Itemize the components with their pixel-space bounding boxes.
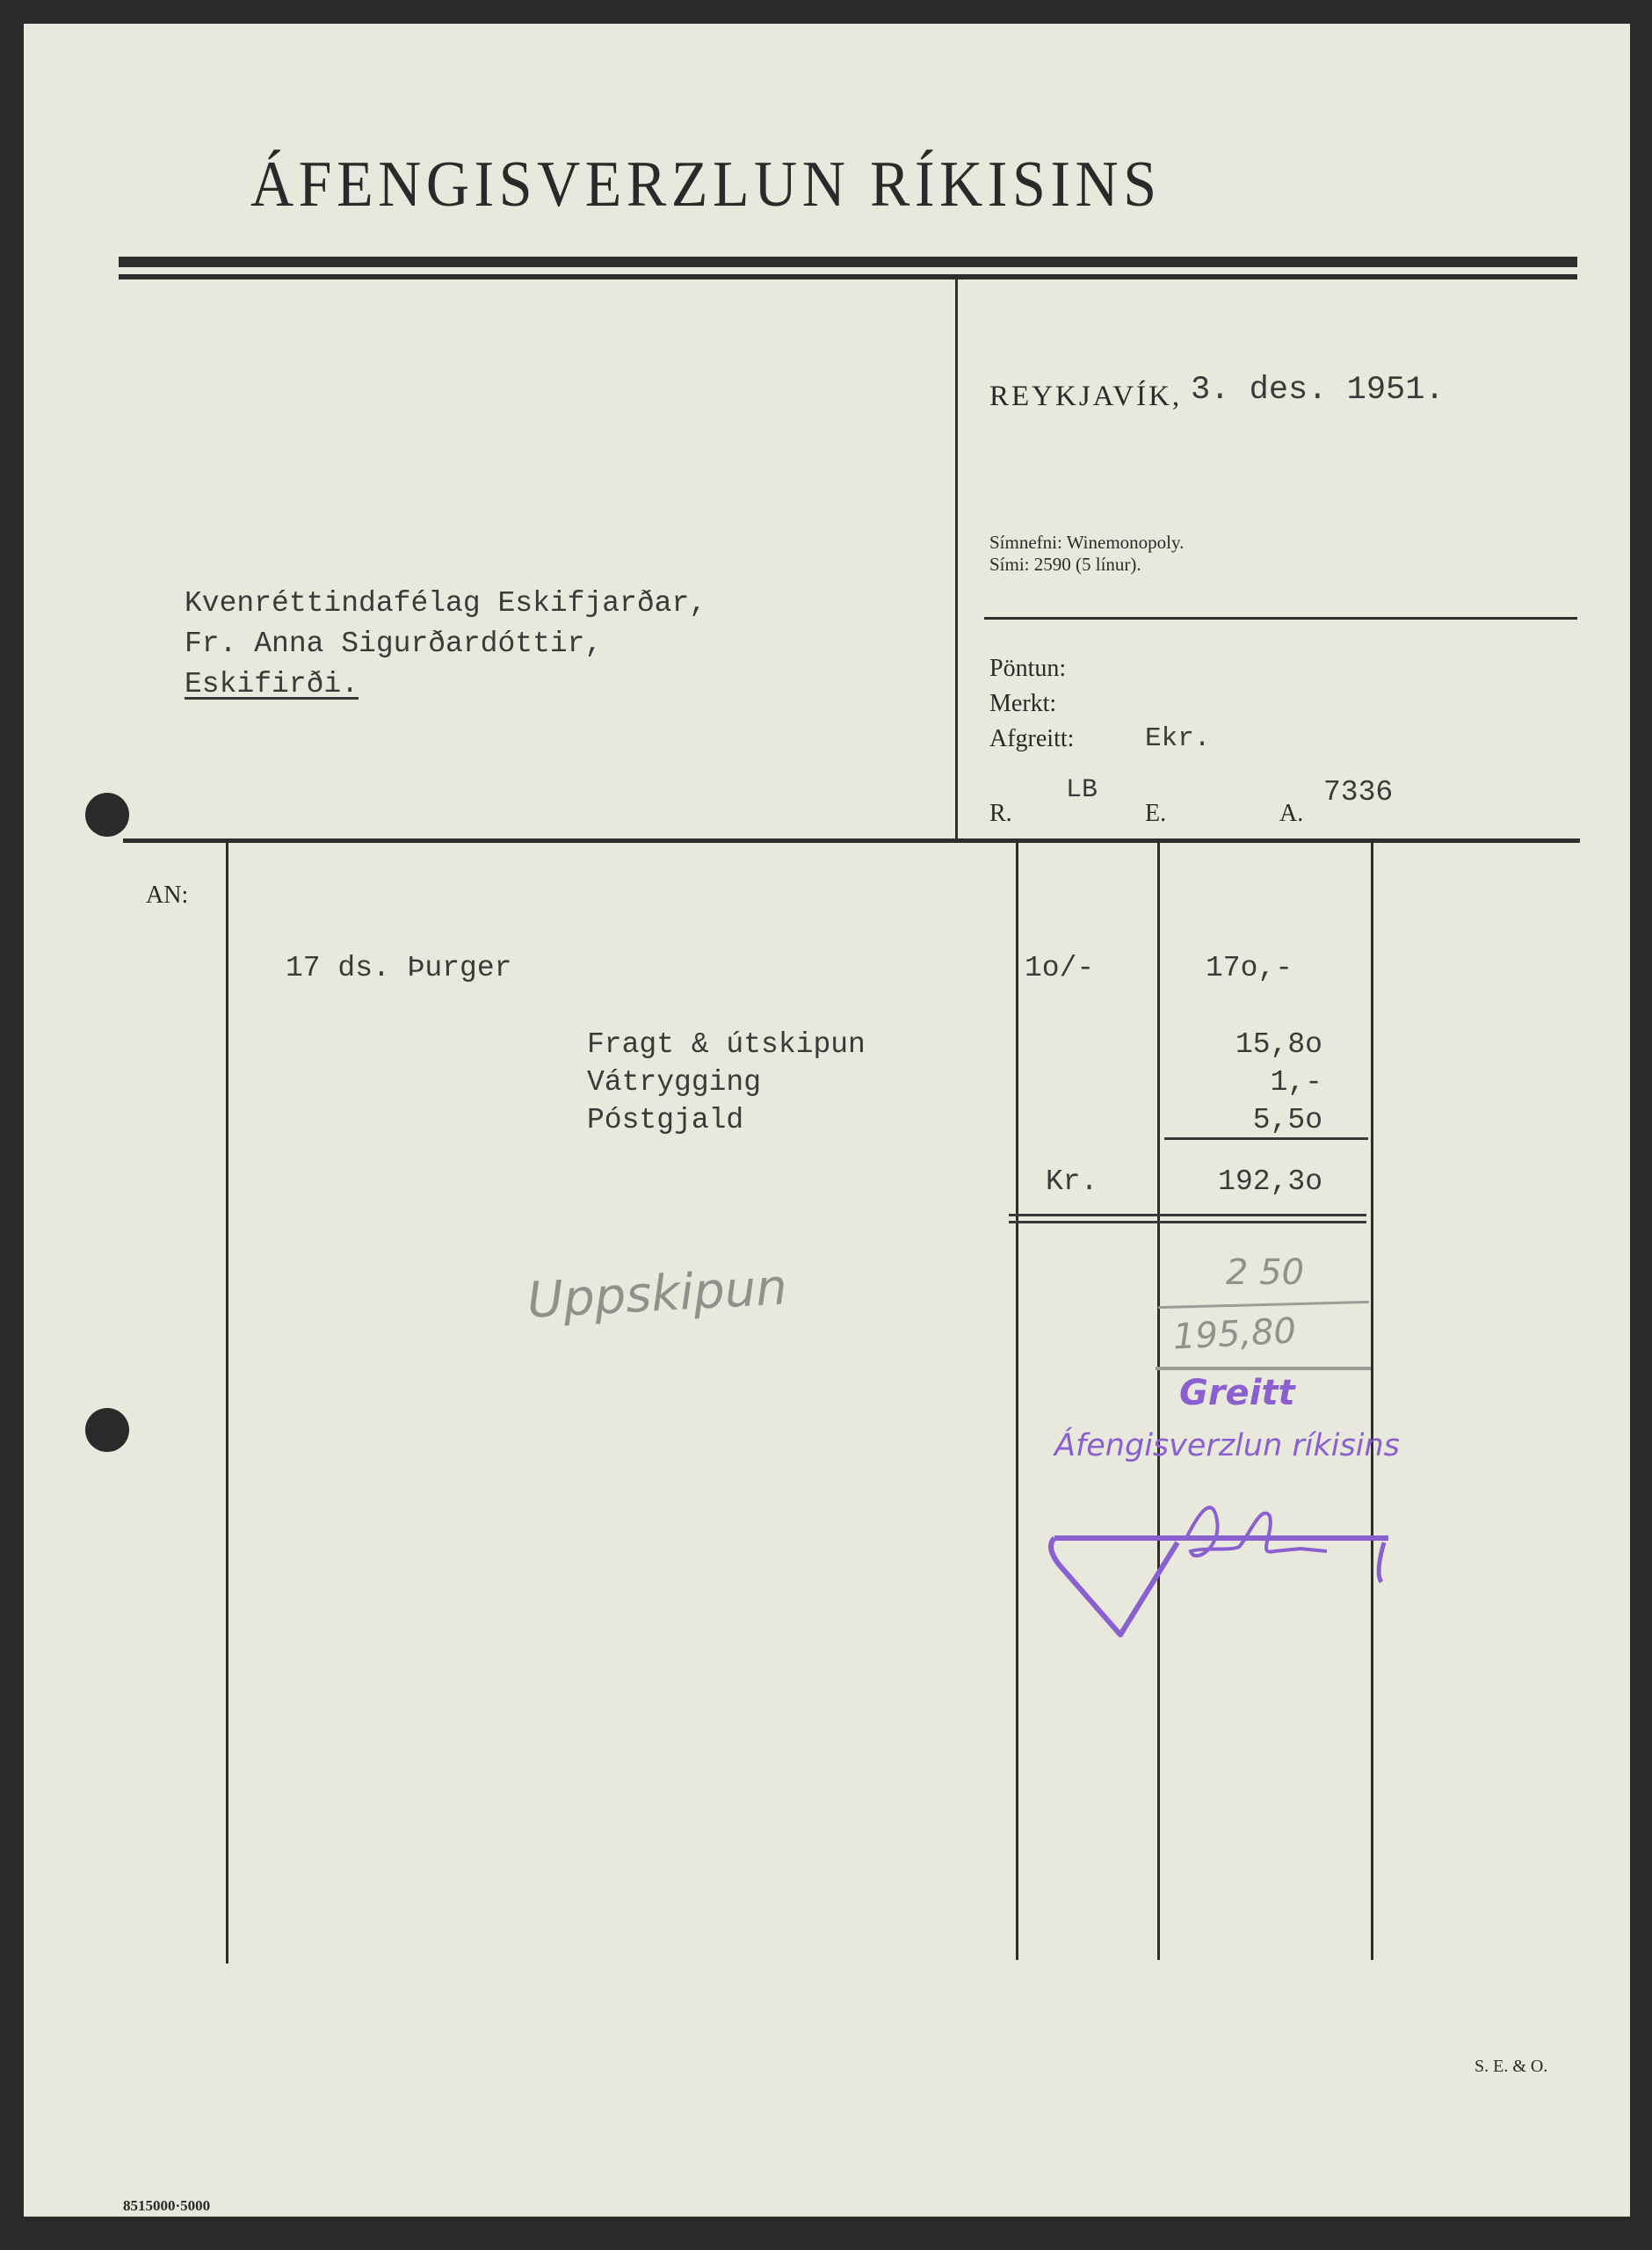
invoice-paper bbox=[24, 24, 1630, 2217]
telegram-address: Símnefni: Winemonopoly. bbox=[989, 532, 1184, 554]
charge-postage-amount: 5,5o bbox=[1169, 1104, 1322, 1136]
afgreitt-label: Afgreitt: bbox=[989, 725, 1074, 753]
an-label: AN: bbox=[146, 882, 188, 910]
city-label: REYKJAVÍK, bbox=[989, 381, 1182, 413]
phone-number: Sími: 2590 (5 línur). bbox=[989, 554, 1141, 576]
paid-stamp-company: Áfengisverzlun ríkisins bbox=[1054, 1428, 1400, 1463]
handwritten-new-total: 195,80 bbox=[1172, 1310, 1297, 1357]
recipient-line-3: Eskifirði. bbox=[185, 668, 359, 700]
item-description: 17 ds. Þurger bbox=[286, 952, 511, 984]
letterhead-thick-rule bbox=[119, 257, 1577, 267]
table-top-rule bbox=[123, 838, 1580, 843]
item-amount: 17o,- bbox=[1206, 952, 1293, 984]
charge-insurance-label: Vátrygging bbox=[587, 1066, 761, 1099]
header-divider bbox=[955, 279, 958, 842]
charge-postage-label: Póstgjald bbox=[587, 1104, 743, 1136]
r-label: R. bbox=[989, 800, 1012, 828]
total-double-rule-1 bbox=[1009, 1214, 1366, 1216]
merkt-label: Merkt: bbox=[989, 690, 1056, 718]
recipient-line-1: Kvenréttindafélag Eskifjarðar, bbox=[185, 587, 706, 620]
seo-notice: S. E. & O. bbox=[1474, 2057, 1547, 2077]
charge-freight-label: Fragt & útskipun bbox=[587, 1028, 866, 1061]
signature-mark bbox=[1037, 1468, 1406, 1644]
paid-stamp-label: Greitt bbox=[1179, 1373, 1295, 1413]
subtotal-rule bbox=[1164, 1137, 1368, 1140]
afgreitt-value: Ekr. bbox=[1145, 723, 1210, 754]
pontun-label: Pöntun: bbox=[989, 655, 1066, 683]
company-name: ÁFENGISVERZLUN RÍKISINS bbox=[250, 148, 1162, 222]
print-code: 8515000·5000 bbox=[123, 2197, 210, 2215]
hole-punch-top bbox=[85, 793, 129, 837]
recipient-line-2: Fr. Anna Sigurðardóttir, bbox=[185, 628, 602, 660]
total-double-rule-2 bbox=[1009, 1221, 1366, 1223]
header-right-rule bbox=[984, 617, 1577, 620]
a-value: 7336 bbox=[1323, 776, 1393, 809]
charge-insurance-amount: 1,- bbox=[1169, 1066, 1322, 1099]
charge-freight-amount: 15,8o bbox=[1169, 1028, 1322, 1061]
e-label: E. bbox=[1145, 800, 1166, 828]
handwritten-rule-2 bbox=[1156, 1367, 1371, 1370]
column-divider-price bbox=[1016, 843, 1018, 1960]
total-value: 192,3o bbox=[1169, 1165, 1322, 1198]
column-divider-right bbox=[1371, 843, 1373, 1960]
document-date: 3. des. 1951. bbox=[1191, 372, 1445, 409]
column-divider-amount bbox=[1157, 843, 1160, 1960]
hole-punch-bottom bbox=[85, 1408, 129, 1452]
a-label: A. bbox=[1279, 800, 1303, 828]
item-unit-price: 1o/- bbox=[1025, 952, 1094, 984]
total-label: Kr. bbox=[1046, 1165, 1098, 1198]
column-divider-left bbox=[226, 843, 228, 1963]
r-value: LB bbox=[1066, 775, 1098, 805]
handwritten-addition: 2 50 bbox=[1226, 1252, 1304, 1293]
letterhead-thin-rule bbox=[119, 274, 1577, 279]
